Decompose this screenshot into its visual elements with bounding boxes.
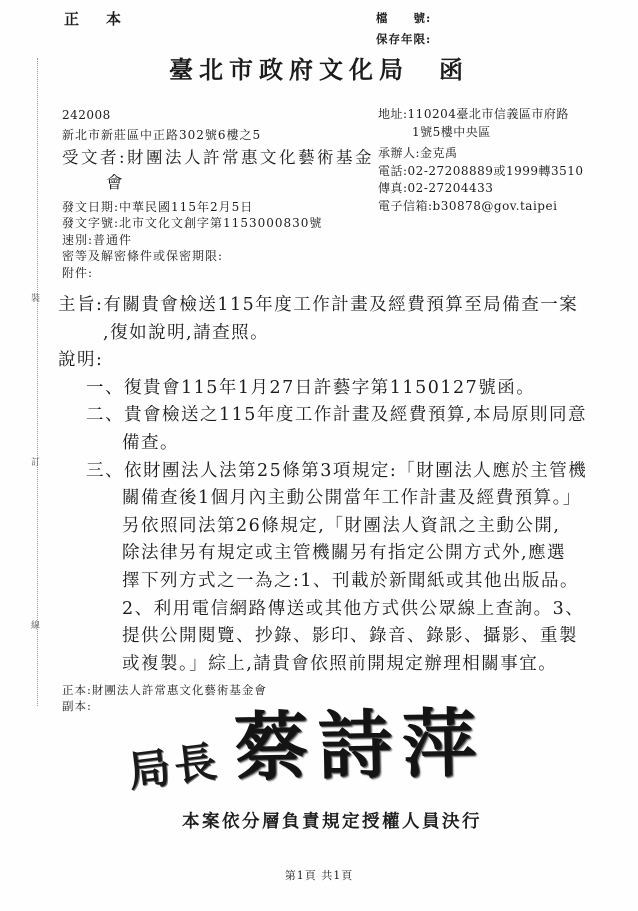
binding-dotted-line	[37, 58, 38, 706]
body-line: 關備查後1個月內主動公開當年工作計畫及經費預算。」	[122, 485, 610, 513]
page-indicator: 第1頁 共1頁	[0, 867, 638, 883]
binding-mark-xian: 線	[31, 618, 40, 631]
body-line: 備查。	[122, 430, 610, 458]
subject-line: 主旨:有關貴會檢送115年度工作計畫及經費預算至局備查一案	[58, 292, 610, 320]
recipient-code: 242008	[62, 108, 111, 122]
carbon-copy-line: 副本:	[62, 698, 92, 714]
signer-title: 局長	[125, 729, 224, 800]
security-class-line: 密等及解密條件或保密期限:	[62, 248, 322, 264]
letter-body: 主旨:有關貴會檢送115年度工作計畫及經費預算至局備查一案 ,復如說明,請查照。…	[58, 292, 610, 678]
contact-address-line1: 地址:110204臺北市信義區市府路	[378, 106, 584, 124]
contact-info-block: 地址:110204臺北市信義區市府路 1號5樓中央區 承辦人:金克禹 電話:02…	[378, 106, 584, 215]
body-line: 2、利用電信網路傳送或其他方式供公眾線上查詢。3、	[122, 596, 610, 624]
signer-name: 蔡詩萍	[233, 700, 487, 793]
retention-period-label: 保存年限:	[376, 31, 431, 47]
contact-fax: 傳真:02-27204433	[378, 180, 584, 198]
body-line: 一、復貴會115年1月27日許藝字第1150127號函。	[86, 375, 610, 403]
issue-date-line: 發文日期:中華民國115年2月5日	[62, 199, 322, 215]
body-line: 提供公開閱覽、抄錄、影印、錄音、錄影、攝影、重製	[122, 623, 610, 651]
recipient-name-line2: 會	[106, 169, 125, 193]
document-page: 正 本 檔 號: 保存年限: 臺北市政府文化局 函 裝 訂 線 242008 新…	[0, 0, 638, 911]
signature-block: 局長 蔡詩萍	[128, 702, 588, 794]
speed-class-line: 速別:普通件	[62, 232, 322, 248]
recipient-name-line1: 受文者:財團法人許常惠文化藝術基金	[62, 144, 374, 168]
original-copy-line: 正本:財團法人許常惠文化藝術基金會	[62, 682, 267, 698]
doc-number-line: 發文字號:北市文化文創字第1153000830號	[62, 215, 322, 231]
recipient-address: 新北市新莊區中正路302號6樓之5	[62, 126, 261, 143]
binding-mark-zhuang: 裝	[31, 291, 40, 304]
body-line: 擇下列方式之一為之:1、刊載於新聞紙或其他出版品。	[122, 568, 610, 596]
contact-address-line2: 1號5樓中央區	[412, 124, 584, 142]
delegation-note: 本案依分層負責規定授權人員決行	[132, 808, 532, 833]
copy-type-label: 正 本	[64, 8, 127, 29]
file-number-label: 檔 號:	[376, 10, 431, 26]
document-meta-block: 發文日期:中華民國115年2月5日 發文字號:北市文化文創字第115300083…	[62, 199, 322, 281]
contact-email: 電子信箱:b30878@gov.taipei	[378, 198, 584, 216]
attachment-line: 附件:	[62, 265, 322, 281]
contact-phone: 電話:02-27208889或1999轉3510	[378, 163, 584, 181]
body-line: 三、依財團法人法第25條第3項規定:「財團法人應於主管機	[86, 458, 610, 486]
contact-undertaker: 承辦人:金克禹	[378, 145, 584, 163]
document-title: 臺北市政府文化局 函	[0, 50, 638, 85]
body-line: 除法律另有規定或主管機關另有指定公開方式外,應選	[122, 540, 610, 568]
body-line: 二、貴會檢送之115年度工作計畫及經費預算,本局原則同意	[86, 402, 610, 430]
body-line: 另依照同法第26條規定,「財團法人資訊之主動公開,	[122, 513, 610, 541]
binding-mark-ding: 訂	[31, 455, 40, 468]
body-line: 或複製。」綜上,請貴會依照前開規定辦理相關事宜。	[122, 651, 610, 679]
subject-line: ,復如說明,請查照。	[103, 320, 610, 348]
explanation-label: 說明:	[58, 347, 610, 375]
